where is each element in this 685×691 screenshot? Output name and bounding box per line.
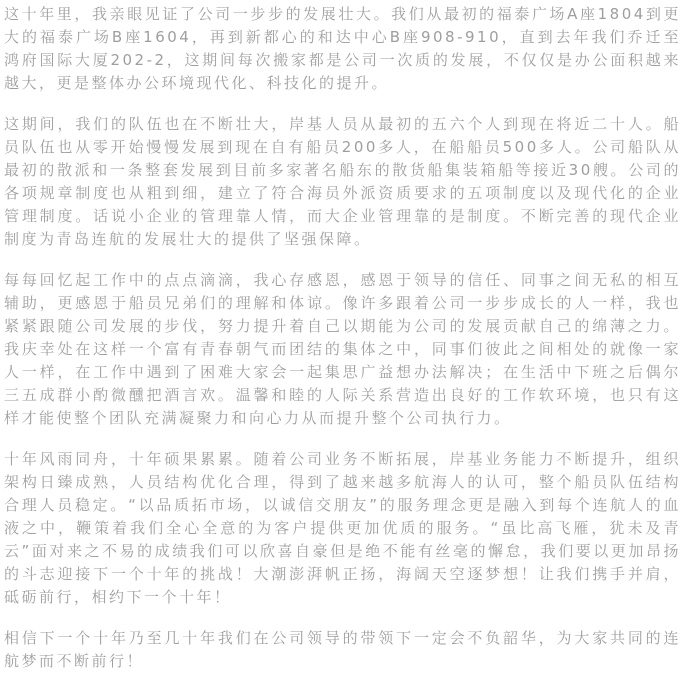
paragraph-decade-achievements: 十年风雨同舟，十年硕果累累。随着公司业务不断拓展，岸基业务能力不断提升，组织架构…	[4, 448, 681, 609]
document-body: 这十年里，我亲眼见证了公司一步步的发展壮大。我们从最初的福泰广场A座1804到更…	[0, 0, 685, 683]
page: { "page": { "background_color": "#ffffff…	[0, 0, 685, 691]
paragraph-company-growth: 这十年里，我亲眼见证了公司一步步的发展壮大。我们从最初的福泰广场A座1804到更…	[4, 3, 681, 95]
paragraph-gratitude: 每每回忆起工作中的点点滴滴，我心存感恩，感恩于领导的信任、同事之间无私的相互辅助…	[4, 269, 681, 430]
paragraph-team-growth: 这期间，我们的队伍也在不断壮大，岸基人员从最初的五六个人到现在将近二十人。船员队…	[4, 113, 681, 251]
paragraph-closing: 相信下一个十年乃至几十年我们在公司领导的带领下一定会不负韶华，为大家共同的连航梦…	[4, 627, 681, 673]
